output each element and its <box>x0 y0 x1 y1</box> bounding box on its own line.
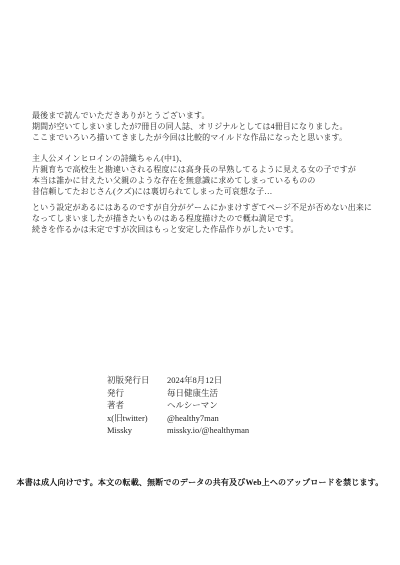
colophon: 初版発行日 2024年8月12日 発行 毎日健康生活 著者 ヘルシーマン x(旧… <box>107 374 249 437</box>
colophon-label: x(旧twitter) <box>107 412 167 425</box>
afterword-line: なってしまいましたが描きたいものはある程度描けたので概ね満足です。 <box>32 213 382 224</box>
colophon-value: 毎日健康生活 <box>167 387 218 400</box>
colophon-label: 発行 <box>107 387 167 400</box>
afterword-line: 昔信頼してたおじさん(クズ)には裏切られてしまった可哀想な子… <box>32 186 382 197</box>
afterword-line: ここまでいろいろ描いてきましたが今回は比較的マイルドな作品になったと思います。 <box>32 132 382 143</box>
afterword-line: 期間が空いてしまいましたが7冊目の同人誌、オリジナルとしては4冊目になりました。 <box>32 121 382 132</box>
colophon-row-misskey: Missky missky.io/@healthyman <box>107 424 249 437</box>
afterword-paragraph-thanks: 最後まで読んでいただきありがとうございます。 期間が空いてしまいましたが7冊目の… <box>32 110 382 143</box>
colophon-value: ヘルシーマン <box>167 399 218 412</box>
colophon-row-first-edition: 初版発行日 2024年8月12日 <box>107 374 249 387</box>
afterword-text: 最後まで読んでいただきありがとうございます。 期間が空いてしまいましたが7冊目の… <box>32 110 382 245</box>
afterword-paragraph-heroine: 主人公メインヒロインの詩織ちゃん(中1)、 片親育ちで高校生と勘違いされる程度に… <box>32 153 382 197</box>
afterword-paragraph-closing: という設定があるにはあるのですが自分がゲームにかまけすぎてページ不足が否めない出… <box>32 202 382 235</box>
colophon-label: 著者 <box>107 399 167 412</box>
colophon-value: 2024年8月12日 <box>167 374 222 387</box>
adult-content-notice: 本書は成人向けです。本文の転載、無断でのデータの共有及びWeb上へのアップロード… <box>0 477 400 488</box>
afterword-page: 最後まで読んでいただきありがとうございます。 期間が空いてしまいましたが7冊目の… <box>0 0 400 565</box>
afterword-line: 続きを作るかは未定ですが次回はもっと安定した作品作りがしたいです。 <box>32 224 382 235</box>
colophon-row-publisher: 発行 毎日健康生活 <box>107 387 249 400</box>
afterword-line: 最後まで読んでいただきありがとうございます。 <box>32 110 382 121</box>
afterword-line: 本当は誰かに甘えたい父親のような存在を無意識に求めてしまっているものの <box>32 175 382 186</box>
colophon-label: Missky <box>107 424 167 437</box>
colophon-row-author: 著者 ヘルシーマン <box>107 399 249 412</box>
afterword-line: という設定があるにはあるのですが自分がゲームにかまけすぎてページ不足が否めない出… <box>32 202 382 213</box>
colophon-label: 初版発行日 <box>107 374 167 387</box>
colophon-row-twitter: x(旧twitter) @healthy7man <box>107 412 249 425</box>
misskey-url: missky.io/@healthyman <box>167 424 249 437</box>
twitter-handle: @healthy7man <box>167 412 219 425</box>
afterword-line: 片親育ちで高校生と勘違いされる程度には高身長の早熟してるように見える女の子ですが <box>32 164 382 175</box>
afterword-line: 主人公メインヒロインの詩織ちゃん(中1)、 <box>32 153 382 164</box>
